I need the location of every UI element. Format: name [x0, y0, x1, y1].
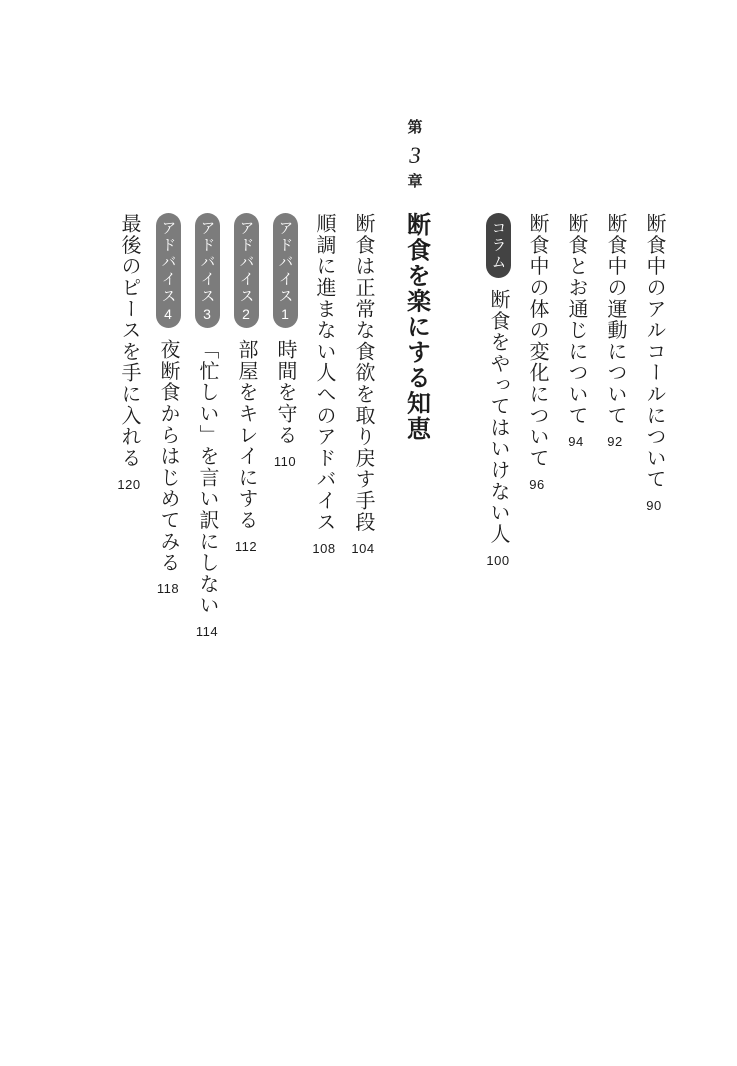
page-number: 118	[157, 581, 179, 596]
badge-label: アドバイス	[198, 220, 217, 305]
badge-label: コラム	[489, 220, 508, 271]
badge-number: 1	[281, 307, 289, 321]
entry-title: 断食中の体の変化について	[524, 213, 550, 469]
page-number: 96	[529, 477, 544, 492]
toc-entry: アドバイス2部屋をキレイにする112	[233, 0, 259, 554]
chapter-number: 3	[409, 144, 421, 167]
badge-number: 2	[242, 307, 250, 321]
page-number: 90	[646, 498, 661, 513]
entry-title: 最後のピースを手に入れる	[116, 213, 142, 469]
book-toc-page: 断食中のアルコールについて90断食中の運動について92断食とお通じについて94断…	[0, 0, 737, 1066]
chapter-prefix: 第	[407, 121, 422, 136]
toc-entry: 最後のピースを手に入れる120	[116, 0, 142, 492]
advice-badge: アドバイス1	[273, 213, 298, 328]
page-number: 100	[486, 553, 509, 568]
entry-title: 部屋をキレイにする	[233, 339, 259, 531]
entry-title: 断食とお通じについて	[563, 213, 589, 426]
toc-entry: 順調に進まない人へのアドバイス108	[311, 0, 337, 556]
badge-number: 4	[164, 307, 172, 321]
toc-entry: 断食中の運動について92	[602, 0, 628, 449]
toc-entry: 断食は正常な食欲を取り戻す手段104	[350, 0, 376, 556]
entry-title: 時間を守る	[272, 339, 298, 446]
table-of-contents: 断食中のアルコールについて90断食中の運動について92断食とお通じについて94断…	[103, 0, 667, 639]
page-number: 92	[607, 434, 622, 449]
page-number: 104	[351, 541, 374, 556]
badge-number: 3	[203, 307, 211, 321]
page-number: 120	[117, 477, 140, 492]
advice-badge: アドバイス3	[195, 213, 220, 328]
toc-entry: アドバイス4夜断食からはじめてみる118	[155, 0, 181, 596]
entry-title: 順調に進まない人へのアドバイス	[311, 213, 337, 533]
badge-label: アドバイス	[237, 220, 256, 305]
page-number: 114	[196, 624, 218, 639]
toc-entry: アドバイス3「忙しい」を言い訳にしない114	[194, 0, 220, 639]
chapter-suffix: 章	[407, 175, 422, 190]
entry-title: 断食をやってはいけない人	[485, 289, 511, 545]
entry-title: 「忙しい」を言い訳にしない	[194, 339, 220, 616]
column-badge: コラム	[486, 213, 511, 278]
toc-entry: 断食中の体の変化について96	[524, 0, 550, 492]
chapter-title: 断食を楽にする知恵	[402, 212, 429, 442]
entry-title: 断食は正常な食欲を取り戻す手段	[350, 213, 376, 533]
page-number: 112	[235, 539, 257, 554]
page-number: 108	[312, 541, 335, 556]
entry-title: 断食中の運動について	[602, 213, 628, 426]
entry-title: 夜断食からはじめてみる	[155, 339, 181, 573]
advice-badge: アドバイス4	[156, 213, 181, 328]
toc-entry: アドバイス1時間を守る110	[272, 0, 298, 469]
page-number: 94	[568, 434, 583, 449]
toc-entry: 断食とお通じについて94	[563, 0, 589, 449]
badge-label: アドバイス	[159, 220, 178, 305]
toc-entry: 断食中のアルコールについて90	[641, 0, 667, 513]
advice-badge: アドバイス2	[234, 213, 259, 328]
page-number: 110	[274, 454, 296, 469]
badge-label: アドバイス	[276, 220, 295, 305]
toc-entry: コラム断食をやってはいけない人100	[485, 0, 511, 568]
entry-title: 断食中のアルコールについて	[641, 213, 667, 490]
chapter-heading: 第 3 章 断食を楽にする知恵	[402, 0, 428, 442]
